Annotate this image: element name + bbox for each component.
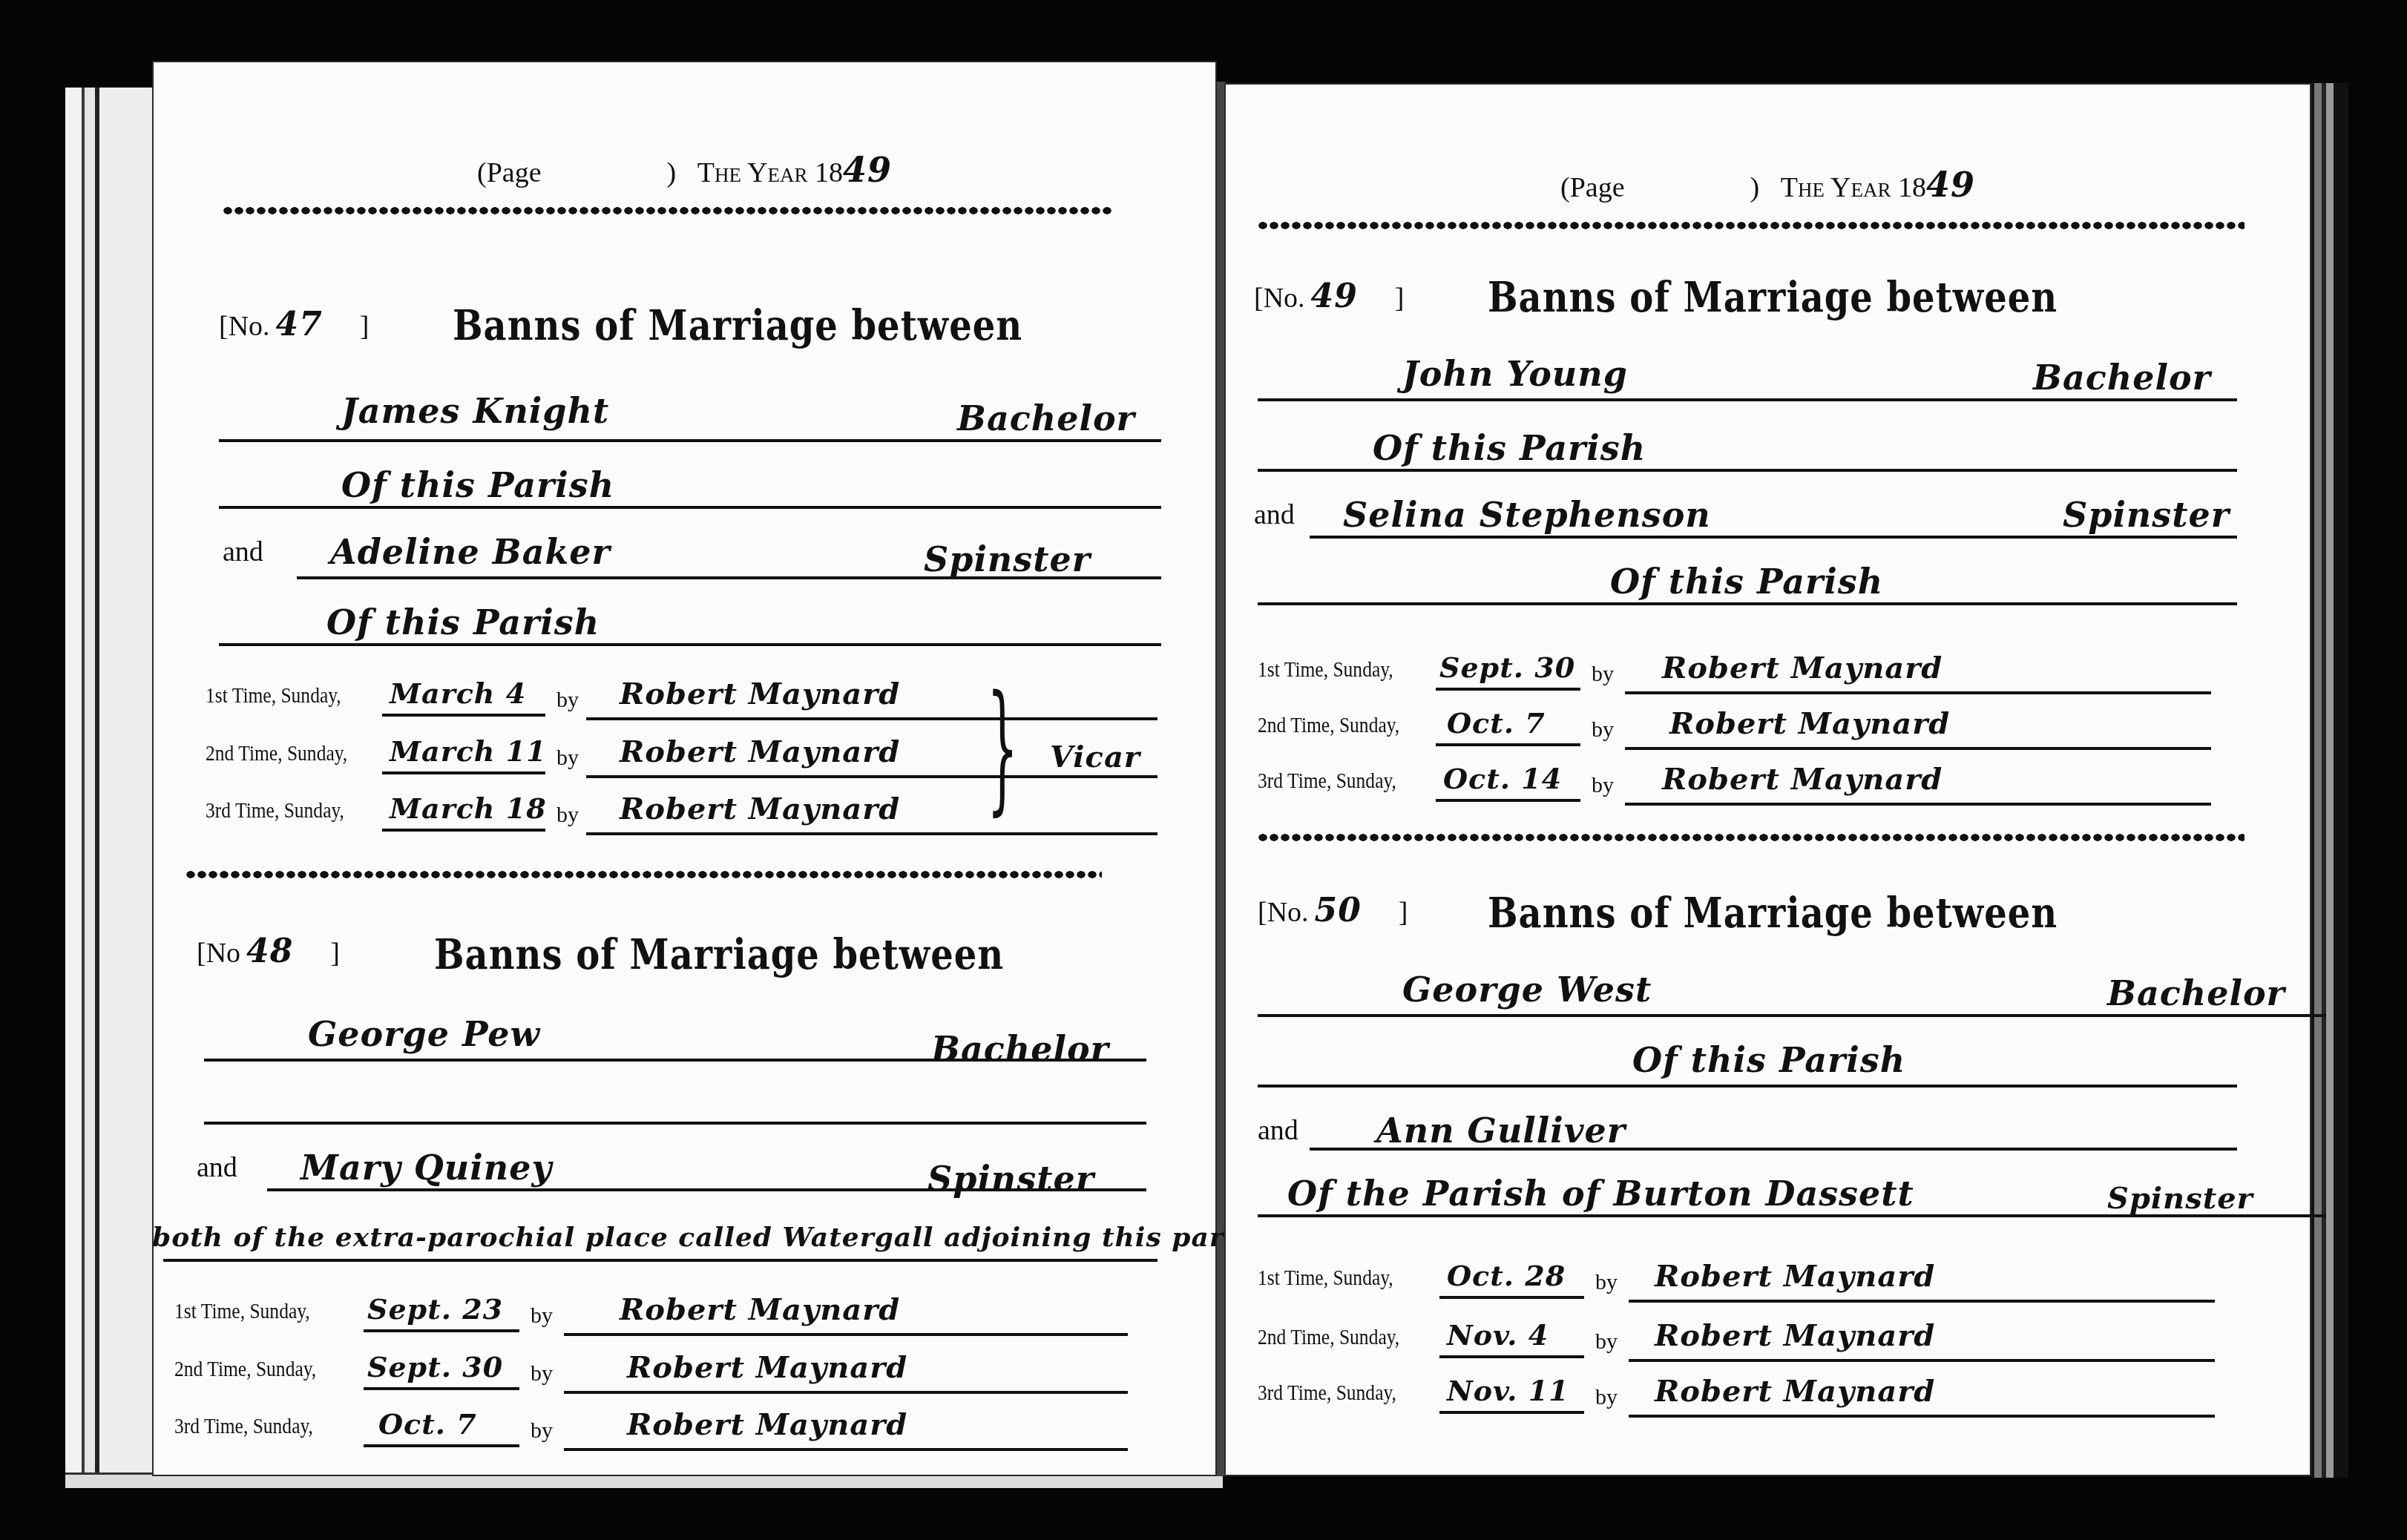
entry-number: [No48] [197,932,340,970]
publication-date: Nov. 11 [1447,1374,1569,1407]
publication-label: 3rd Time, Sunday, [174,1415,313,1439]
date-line [1436,799,1580,802]
officiant-line [564,1391,1128,1394]
entry-number-label: [No. [219,311,270,342]
publication-date: March 4 [390,677,526,710]
officiant-name: Robert Maynard [627,1407,907,1442]
publication-label: 1st Time, Sunday, [174,1300,310,1324]
bride-name: Mary Quiney [301,1148,552,1188]
date-line [364,1329,519,1332]
page-label-close: ) [667,157,677,188]
publication-date: Oct. 28 [1447,1259,1566,1292]
by-label: by [556,746,579,771]
officiant-line [1629,1300,2215,1303]
publication-label: 2nd Time, Sunday, [206,742,347,766]
entry-number-value: 49 [1311,277,1358,315]
publication-label: 3rd Time, Sunday, [1258,1381,1396,1406]
wavy-divider [1258,832,2245,843]
groom-name: John Young [1402,354,1628,394]
groom-line [219,439,1161,442]
entry-title: Banns of Marriage between [453,303,1022,350]
officiant-name: Robert Maynard [620,734,900,769]
entry-number-value: 47 [276,306,323,343]
page-label: (Page [477,157,542,188]
officiant-name: Robert Maynard [627,1350,907,1385]
entry-number-label: [No. [1258,897,1309,928]
officiant-name: Robert Maynard [1662,651,1943,685]
groom-name: George Pew [308,1014,540,1054]
groom-residence: Of this Parish [1632,1040,1905,1080]
by-label: by [531,1418,553,1444]
officiant-line [1625,803,2211,806]
entry-number: [No.47] [219,306,370,343]
page-header: (Page ) The Year 1849 [152,150,1217,190]
date-line [382,714,545,717]
by-label: by [556,688,579,713]
year-label: The Year 18 [1781,172,1926,203]
officiant-line [1629,1359,2215,1362]
bride-residence: Of this Parish [326,602,600,642]
and-label: and [197,1151,237,1184]
date-line [1439,1411,1584,1414]
date-line [382,771,545,774]
publication-date: March 18 [390,792,547,825]
bride-condition: Spinster [924,539,1091,579]
groom-name: George West [1402,970,1652,1010]
year-label: The Year 18 [697,157,843,188]
page-label: (Page [1560,172,1625,203]
publication-date: Sept. 30 [1439,651,1575,684]
publication-label: 1st Time, Sunday, [1258,658,1393,682]
publication-label: 2nd Time, Sunday, [1258,714,1399,738]
publication-date: Sept. 30 [367,1350,503,1383]
publication-label: 3rd Time, Sunday, [1258,769,1396,794]
officiant-line [564,1448,1128,1451]
by-label: by [1595,1385,1618,1410]
groom-condition: Bachelor [2033,358,2211,398]
joint-residence: both of the extra-parochial place called… [152,1222,1271,1253]
publication-label: 1st Time, Sunday, [206,684,341,708]
entry-number-label: [No. [1254,283,1305,314]
bride-condition: Spinster [2063,495,2230,535]
right-page: (Page ) The Year 1849 [No.49] Banns of M… [1224,83,2311,1476]
groom-condition: Bachelor [931,1029,1109,1069]
bride-line [1310,536,2237,539]
officiant-name: Robert Maynard [1662,762,1943,797]
officiant-name: Robert Maynard [1655,1318,1935,1353]
entry-number-close: ] [330,938,340,969]
by-label: by [531,1361,553,1386]
publication-label: 2nd Time, Sunday, [174,1358,316,1382]
entry-number-close: ] [360,311,370,342]
bride-residence-line [219,643,1161,646]
date-line [1436,743,1580,746]
groom-residence: Of this Parish [341,465,614,505]
date-line [1439,1355,1584,1358]
bride-name: Selina Stephenson [1343,495,1711,535]
officiant-line [1625,747,2211,750]
officiant-title: Vicar [1050,740,1140,774]
publication-date: March 11 [390,734,547,768]
entry-number-value: 48 [246,932,293,970]
bride-residence: Of the Parish of Burton Dassett [1287,1174,1914,1214]
groom-residence-line [204,1122,1146,1125]
publication-date: Oct. 14 [1443,762,1562,795]
year-handwritten: 49 [1926,165,1975,205]
wavy-divider [223,205,1113,216]
and-label: and [1258,1114,1298,1147]
officiant-name: Robert Maynard [1669,706,1950,741]
by-label: by [1592,717,1614,743]
by-label: by [531,1303,553,1329]
left-page: (Page ) The Year 1849 [No.47] Banns of M… [152,61,1217,1476]
by-label: by [1592,662,1614,687]
groom-line [1258,1014,2326,1017]
groom-residence-line [219,506,1161,509]
officiant-name: Robert Maynard [620,792,900,826]
date-line [382,829,545,832]
and-label: and [223,536,263,568]
page-header: (Page ) The Year 1849 [1224,165,2311,205]
groom-residence-line [1258,1085,2237,1087]
officiant-line [1625,691,2211,694]
groom-condition: Bachelor [957,398,1135,438]
by-label: by [1595,1270,1618,1295]
publication-date: Oct. 7 [378,1407,477,1441]
groom-residence-line [1258,469,2237,472]
officiant-line [564,1333,1128,1336]
entry-number: [No.50] [1258,892,1408,929]
wavy-divider [1258,220,2245,231]
book-page-edges-left [65,88,153,1482]
entry-title: Banns of Marriage between [434,932,1004,979]
by-label: by [1592,773,1614,798]
publication-label: 2nd Time, Sunday, [1258,1326,1399,1350]
page-label-close: ) [1750,172,1760,203]
year-handwritten: 49 [843,150,892,190]
bride-condition: Spinster [2107,1181,2253,1216]
officiant-name: Robert Maynard [1655,1259,1935,1294]
officiant-name: Robert Maynard [620,677,900,711]
date-line [364,1444,519,1447]
publication-label: 1st Time, Sunday, [1258,1266,1393,1291]
bride-name: Ann Gulliver [1376,1110,1626,1151]
by-label: by [1595,1329,1618,1355]
entry-number-close: ] [1395,283,1405,314]
groom-residence: Of this Parish [1373,428,1646,468]
entry-title: Banns of Marriage between [1488,274,2058,322]
joint-residence-line [163,1259,1157,1262]
bride-residence-line [1258,602,2237,605]
date-line [1436,688,1580,691]
bride-name: Adeline Baker [330,532,611,572]
and-label: and [1254,498,1295,531]
bride-condition: Spinster [927,1159,1094,1199]
bride-residence: Of this Parish [1610,562,1883,602]
groom-line [1258,398,2237,401]
officiant-line [586,717,1157,720]
by-label: by [556,803,579,828]
entry-number-value: 50 [1315,892,1362,929]
book-page-edges-right [2311,83,2348,1478]
officiant-line [1629,1415,2215,1418]
date-line [1439,1296,1584,1299]
officiant-name: Robert Maynard [620,1292,900,1327]
date-line [364,1387,519,1390]
publication-label: 3rd Time, Sunday, [206,799,344,823]
entry-title: Banns of Marriage between [1488,890,2058,938]
publication-date: Nov. 4 [1447,1318,1549,1352]
officiant-name: Robert Maynard [1655,1374,1935,1409]
officiant-line [586,832,1157,835]
entry-number: [No.49] [1254,277,1405,315]
publication-date: Oct. 7 [1447,706,1546,740]
brace-icon: } [987,677,1018,817]
groom-name: James Knight [341,391,609,431]
publication-date: Sept. 23 [367,1292,503,1326]
entry-number-close: ] [1399,897,1408,928]
groom-condition: Bachelor [2107,973,2285,1013]
wavy-divider [185,869,1102,880]
entry-number-label: [No [197,938,240,969]
officiant-line [586,775,1157,778]
